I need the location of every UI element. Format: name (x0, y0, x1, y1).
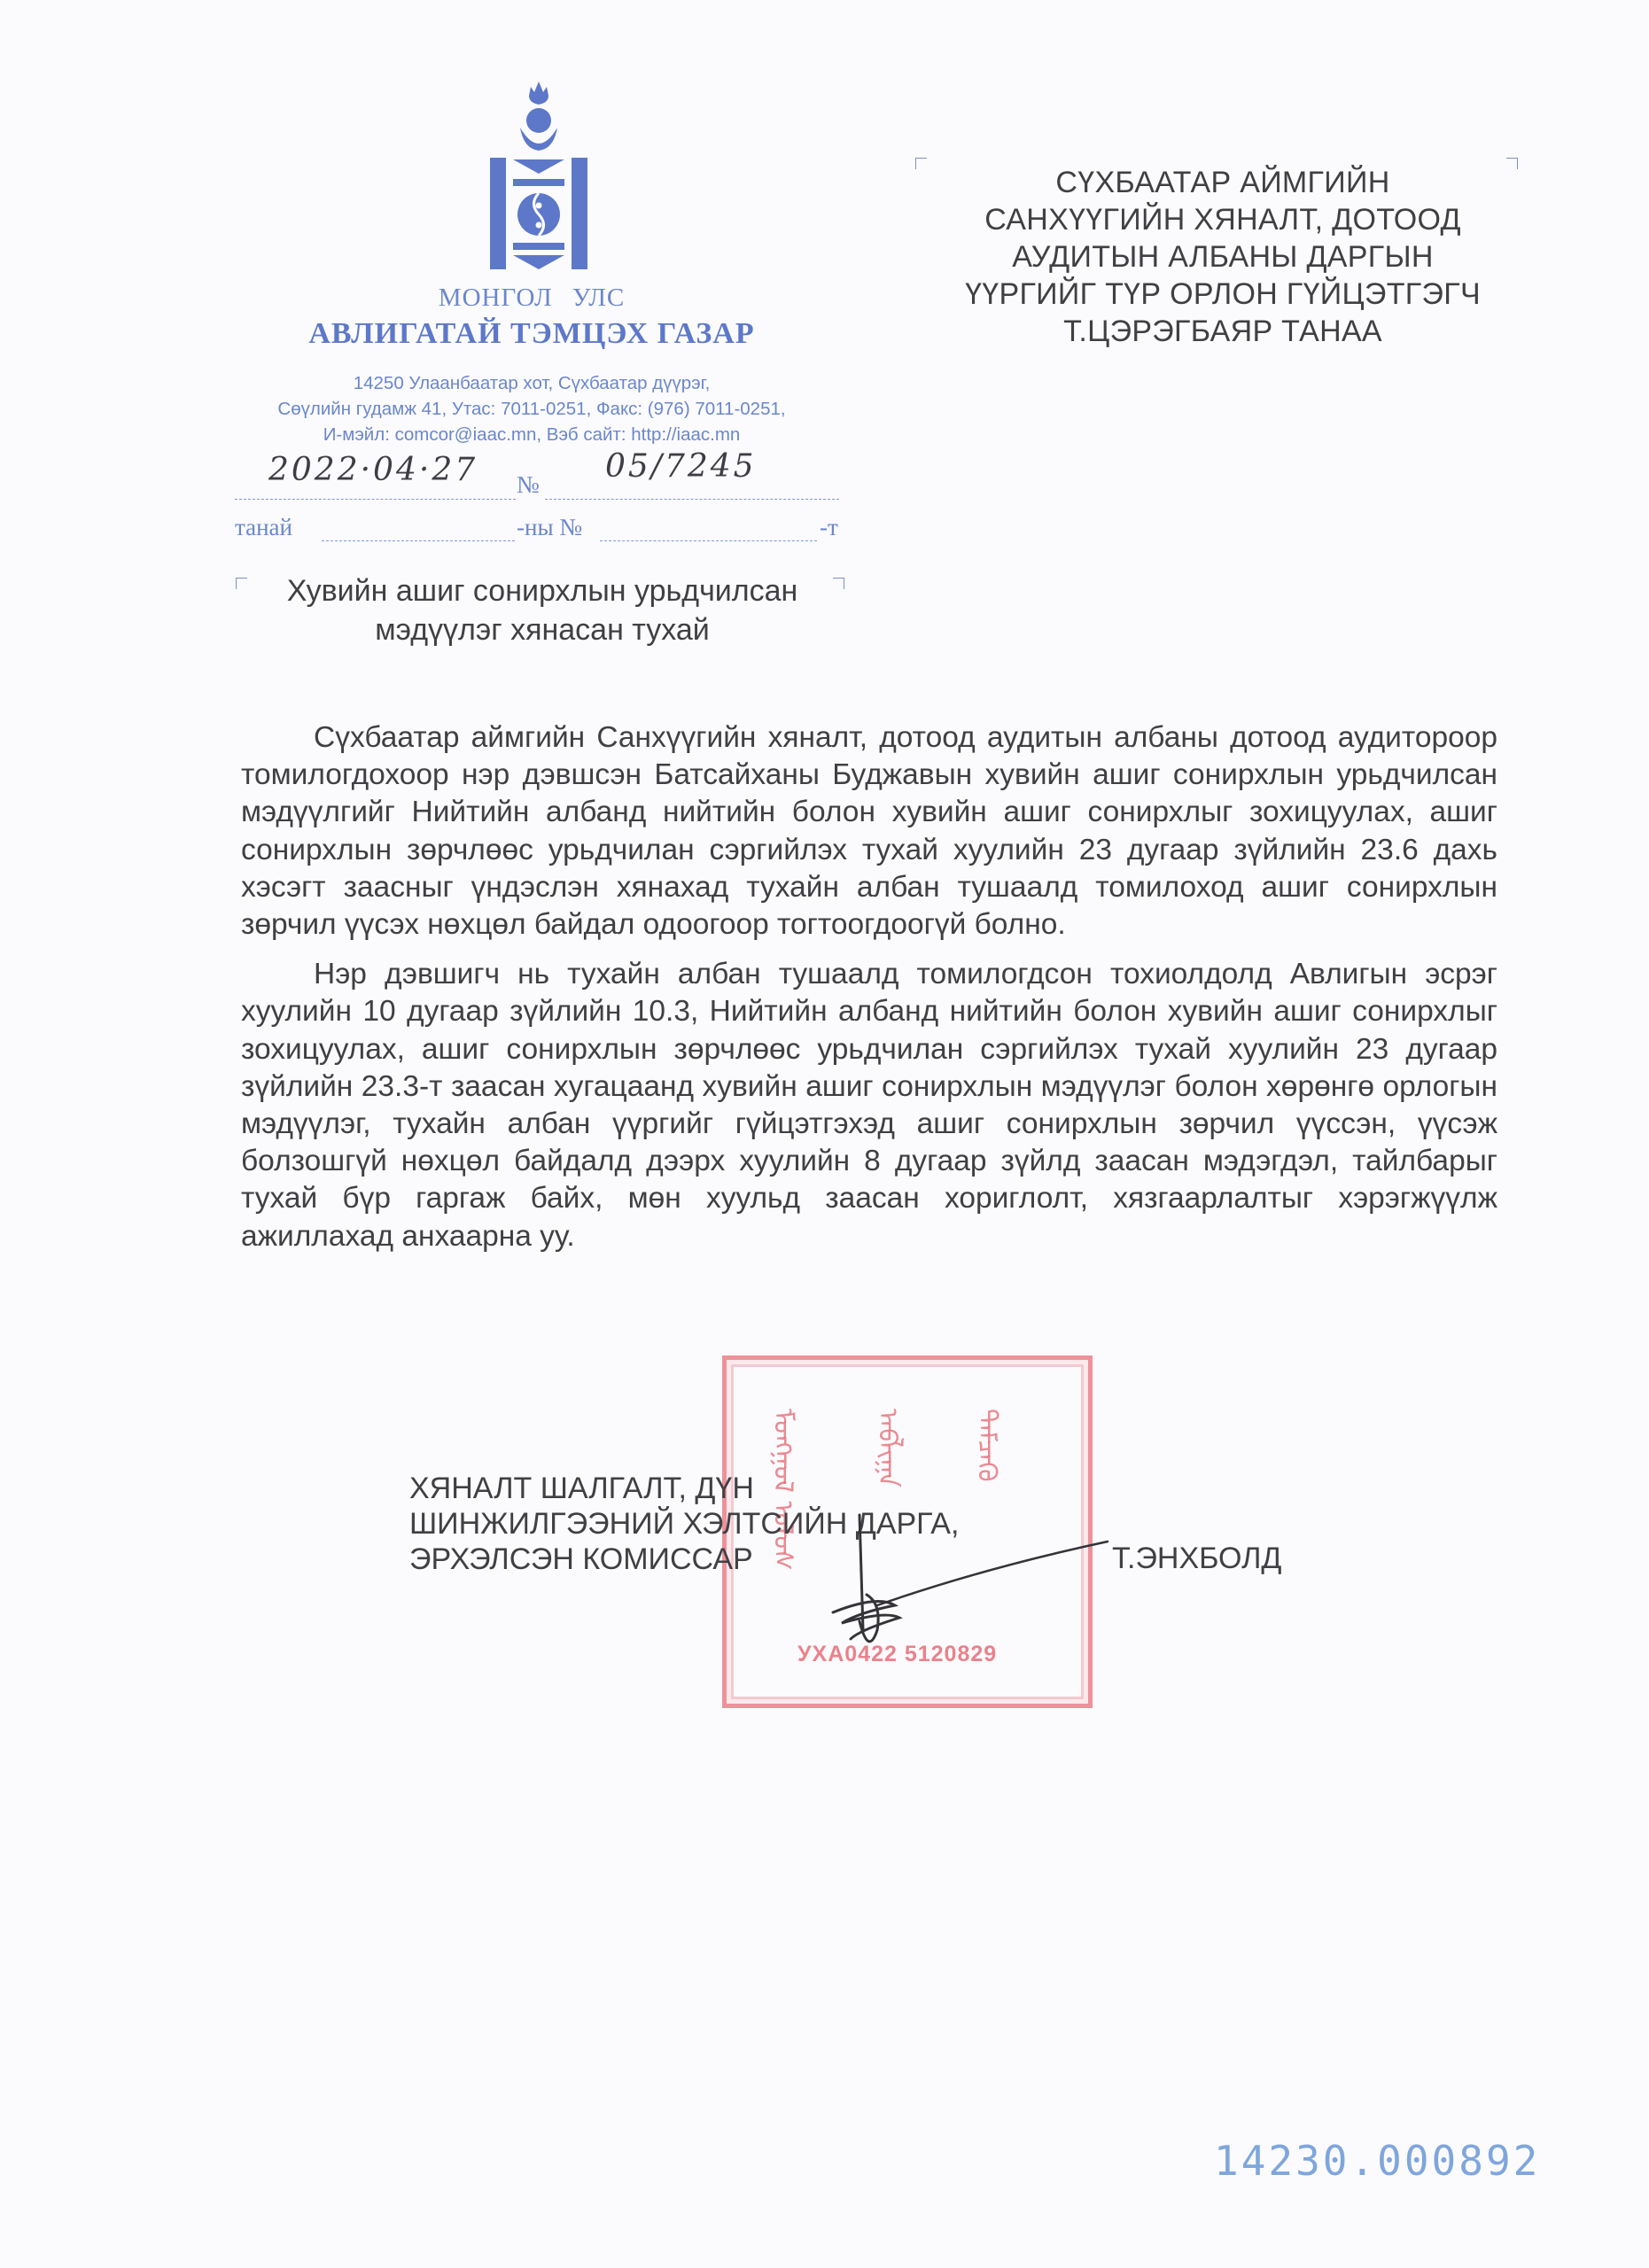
subject: Хувийн ашиг сонирхлын урьдчилсан мэдүүлэ… (232, 571, 852, 649)
subject-line: Хувийн ашиг сонирхлын урьдчилсан (232, 571, 852, 610)
addressee-line: Т.ЦЭРЭГБАЯР ТАНАА (922, 313, 1524, 350)
number-underline (545, 499, 839, 500)
organization-address: 14250 Улаанбаатар хот, Сүхбаатар дүүрэг,… (213, 370, 851, 447)
soyombo-emblem-icon (490, 82, 587, 269)
country-name: МОНГОЛ УЛС (213, 283, 851, 313)
addressee-line: СҮХБААТАР АЙМГИЙН (922, 164, 1524, 201)
your-date-underline (322, 540, 515, 541)
letter-body: Сүхбаатар аймгийн Санхүүгийн хяналт, дот… (241, 719, 1497, 1268)
signatory-title-line: ХЯНАЛТ ШАЛГАЛТ, ДҮН (409, 1471, 959, 1506)
reference-block: 2022·04·27 № 05/7245 танай -ны № -т (235, 452, 837, 505)
your-number-suffix: -т (820, 514, 838, 541)
addressee-line: ҮҮРГИЙГ ТҮР ОРЛОН ГҮЙЦЭТГЭГЧ (922, 276, 1524, 313)
registration-number: 14230.000892 (1214, 2137, 1540, 2185)
handwritten-date: 2022·04·27 (268, 452, 478, 488)
organization-name: АВЛИГАТАЙ ТЭМЦЭХ ГАЗАР (213, 317, 851, 351)
addressee-line: АУДИТЫН АЛБАНЫ ДАРГЫН (922, 238, 1524, 276)
addressee-block: СҮХБААТАР АЙМГИЙН САНХҮҮГИЙН ХЯНАЛТ, ДОТ… (922, 164, 1524, 350)
your-label: танай (235, 514, 292, 541)
address-line: 14250 Улаанбаатар хот, Сүхбаатар дүүрэг, (213, 370, 851, 396)
your-number-underline (600, 540, 817, 541)
address-line: Сөүлийн гудамж 41, Утас: 7011-0251, Факс… (213, 396, 851, 422)
your-number-label: -ны № (517, 514, 582, 541)
addressee-line: САНХҮҮГИЙН ХЯНАЛТ, ДОТООД (922, 201, 1524, 238)
signatory-name: Т.ЭНХБОЛД (1112, 1542, 1281, 1576)
subject-line: мэдүүлэг хянасан тухай (232, 610, 852, 649)
handwritten-signature-icon (824, 1506, 1125, 1657)
number-label: № (517, 471, 540, 499)
body-paragraph: Сүхбаатар аймгийн Санхүүгийн хяналт, дот… (241, 719, 1497, 944)
handwritten-number: 05/7245 (605, 448, 757, 485)
body-paragraph: Нэр дэвшигч нь тухайн албан тушаалд томи… (241, 956, 1497, 1255)
date-underline (235, 499, 516, 500)
address-line: И-мэйл: comcor@iaac.mn, Вэб сайт: http:/… (213, 422, 851, 447)
